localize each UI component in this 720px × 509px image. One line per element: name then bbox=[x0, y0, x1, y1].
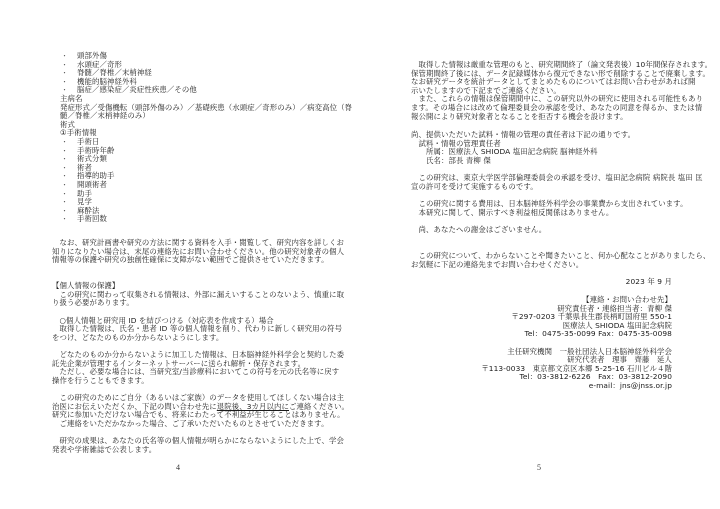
list-item: 手術回数 bbox=[77, 215, 107, 224]
list-bullet: ・ bbox=[61, 172, 68, 181]
document-page-5: 取得した情報は厳重な管理のもと、研究期間終了（論文発表後）10年間保存されます。… bbox=[360, 0, 720, 509]
list-bullet: ・ bbox=[61, 52, 68, 61]
document-page-4: ・ 頭部外傷 ・ 水頭症／奇形 ・ 脊髄／脊椎／末梢神経 ・ 機能的脳神経外科 … bbox=[0, 0, 360, 509]
body-text: 操作を行うこともできます。 bbox=[52, 377, 149, 386]
list-bullet: ・ bbox=[61, 215, 68, 224]
list-item: 脳症／感染症／炎症性疾患／その他 bbox=[77, 86, 197, 95]
list-bullet: ・ bbox=[61, 164, 68, 173]
list-bullet: ・ bbox=[61, 181, 68, 190]
document-date: 2023 年 9 月 bbox=[626, 278, 672, 287]
body-text: り扱う必要があります。 bbox=[52, 299, 134, 308]
body-text: 発表や学術雑誌で公表します。 bbox=[52, 446, 156, 455]
body-text: 尚、あなたへの謝金はございません。 bbox=[411, 226, 546, 235]
body-text: 報公開により研究対象者となることを拒否する機会を設けます。 bbox=[411, 113, 628, 122]
contact-phone-fax: Tel：0475-35-0099 Fax：0475-35-0098 bbox=[525, 330, 672, 339]
list-bullet: ・ bbox=[61, 138, 68, 147]
body-text: をつけ、どなたのものか分からないようにします。 bbox=[52, 334, 223, 343]
list-bullet: ・ bbox=[61, 207, 68, 216]
body-text: お気軽に下記の連絡先までお問い合わせください。 bbox=[411, 261, 583, 270]
lead-email: e-mail：jns@jnss.or.jp bbox=[589, 382, 672, 391]
body-text: 宣の許可を受けて実施するものです。 bbox=[411, 183, 538, 192]
list-bullet: ・ bbox=[61, 155, 68, 164]
list-bullet: ・ bbox=[61, 69, 68, 78]
page-number: 5 bbox=[537, 463, 541, 472]
list-bullet: ・ bbox=[61, 190, 68, 199]
body-text: 本研究に関して、開示すべき利益相反関係はありません。 bbox=[411, 209, 613, 218]
body-text: 情報等の保護や研究の独創性確保に支障がない範囲でご提供させていただきます。 bbox=[52, 256, 329, 265]
responsible-name: 氏名：部長 青柳 傑 bbox=[411, 157, 491, 166]
list-bullet: ・ bbox=[61, 61, 68, 70]
page-number: 4 bbox=[176, 463, 180, 472]
list-bullet: ・ bbox=[61, 78, 68, 87]
list-bullet: ・ bbox=[61, 198, 68, 207]
body-text: ご連絡をいただかなかった場合、ご了承いただいたものとさせていただきます。 bbox=[52, 420, 329, 429]
list-bullet: ・ bbox=[61, 147, 68, 156]
